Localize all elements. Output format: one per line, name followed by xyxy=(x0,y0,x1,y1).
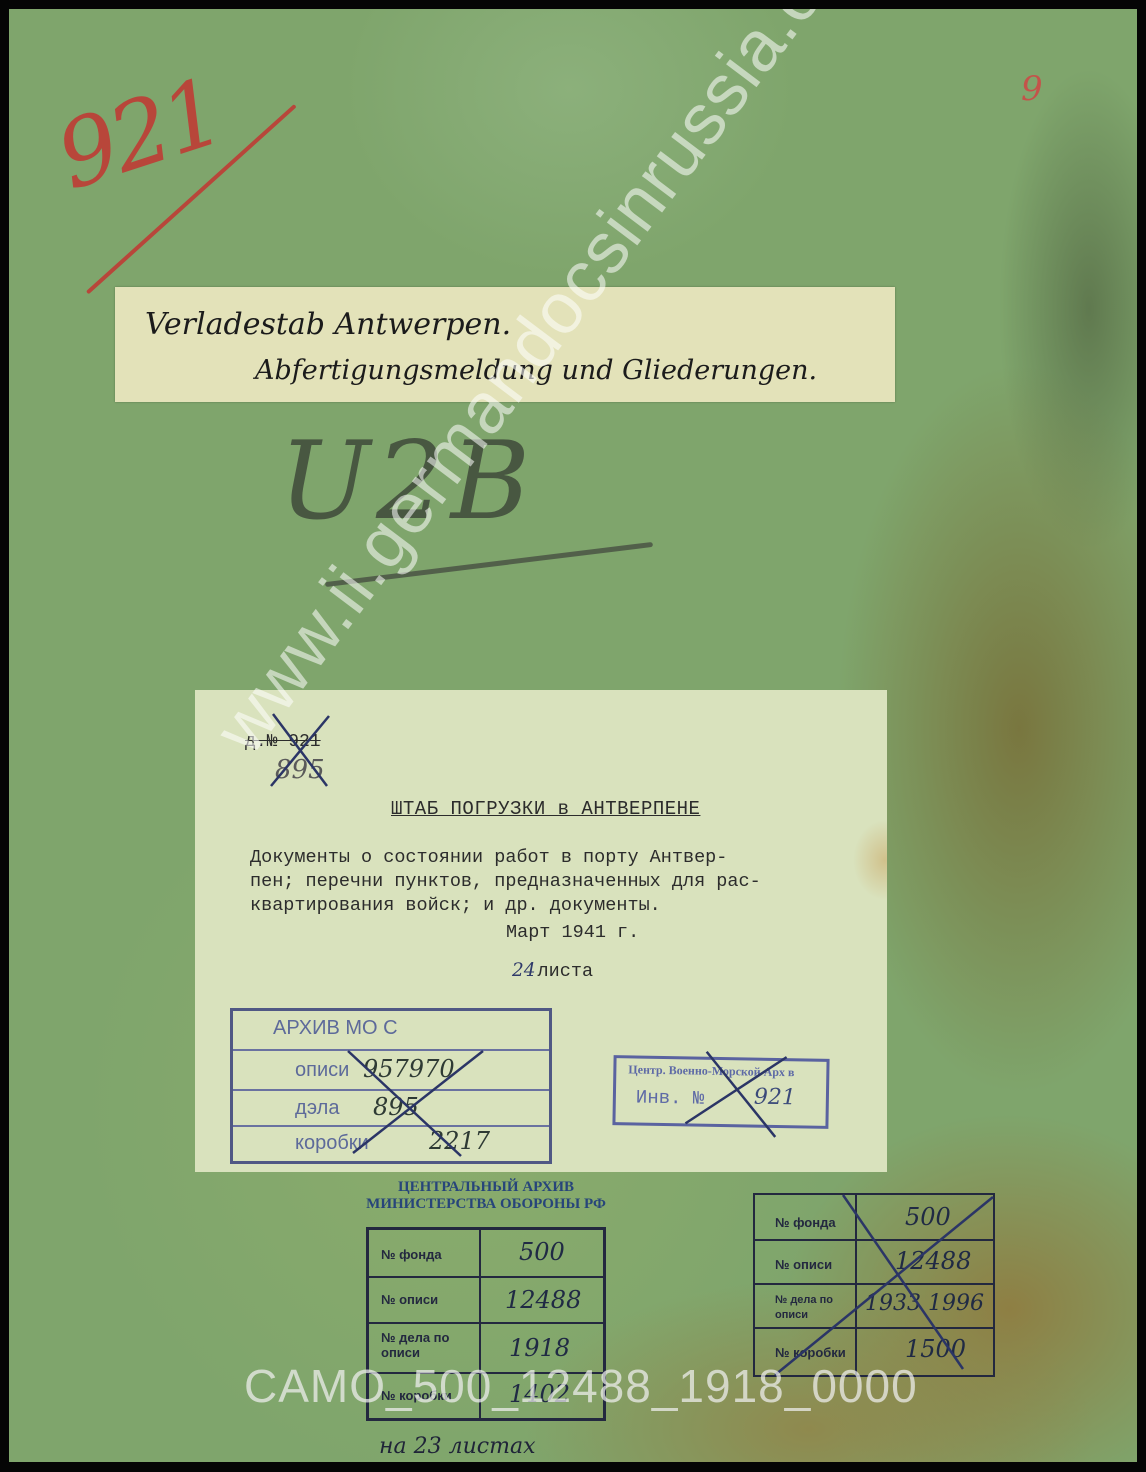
central-archive-table: ЦЕНТРАЛЬНЫЙ АРХИВ МИНИСТЕРСТВА ОБОРОНЫ Р… xyxy=(356,1179,626,1459)
table-row-label: № фонда xyxy=(775,1215,836,1230)
sheet-count-hand: 24 xyxy=(512,960,536,981)
table-row-label: № коробки xyxy=(775,1345,846,1360)
table-row-label: № фонда xyxy=(381,1247,442,1262)
page-number: 9 xyxy=(1021,69,1043,109)
sheet-count-label: листа xyxy=(538,961,594,982)
table-row-value: 500 xyxy=(905,1203,951,1231)
bottom-watermark: CAMO_500_12488_1918_0000 xyxy=(244,1359,918,1413)
table-row-value: 1933 1996 xyxy=(865,1291,984,1316)
archive-stamp-value: 957970 xyxy=(363,1055,455,1083)
card-sheet-count: 24листа xyxy=(512,960,593,982)
naval-stamp-header: Центр. Военно-Морской Арх в xyxy=(628,1062,794,1080)
sheet-note: на 23 листах xyxy=(379,1434,535,1459)
archive-stamp-label: коробки xyxy=(295,1132,369,1155)
naval-stamp-label: Инв. № xyxy=(636,1087,705,1110)
naval-archive-stamp: Центр. Военно-Морской Арх в Инв. № 921 xyxy=(612,1055,829,1129)
table-row-value: 500 xyxy=(519,1238,565,1266)
archive-stamp-value: 895 xyxy=(373,1093,419,1121)
archive-stamp: АРХИВ МО С описи 957970 дэла 895 коробки… xyxy=(230,1008,552,1164)
archive-stamp-label: описи xyxy=(295,1059,349,1082)
archive-stamp-header: АРХИВ МО С xyxy=(273,1017,398,1040)
typed-index-card: д.№ 921 895 ШТАБ ПОГРУЗКИ в АНТВЕРПЕНЕ Д… xyxy=(195,690,887,1172)
card-date: Март 1941 г. xyxy=(506,922,639,943)
table-row-value: 12488 xyxy=(895,1247,971,1275)
old-archive-table: № фонда 500 № описи 12488 № дела по опис… xyxy=(753,1189,1003,1379)
label-line-1: Verladestab Antwerpen. xyxy=(145,307,511,342)
document-cover: 921 9 Verladestab Antwerpen. Abfertigung… xyxy=(9,9,1137,1462)
table-row-value: 1918 xyxy=(509,1334,570,1362)
card-description: Документы о состоянии работ в порту Антв… xyxy=(250,846,870,918)
table-header-line-2: МИНИСТЕРСТВА ОБОРОНЫ РФ xyxy=(356,1196,616,1213)
table-header-line-1: ЦЕНТРАЛЬНЫЙ АРХИВ xyxy=(356,1179,616,1196)
naval-stamp-value: 921 xyxy=(754,1085,796,1111)
card-title: ШТАБ ПОГРУЗКИ в АНТВЕРПЕНЕ xyxy=(391,798,700,820)
table-row-label: № описи xyxy=(775,1257,832,1272)
table-row-label: № дела по описи xyxy=(775,1293,851,1323)
archive-stamp-value: 2217 xyxy=(429,1127,490,1155)
table-row-value: 12488 xyxy=(505,1286,581,1314)
table-row-label: № дела по описи xyxy=(381,1330,471,1360)
archive-stamp-label: дэла xyxy=(295,1097,339,1120)
table-row-label: № описи xyxy=(381,1292,438,1307)
